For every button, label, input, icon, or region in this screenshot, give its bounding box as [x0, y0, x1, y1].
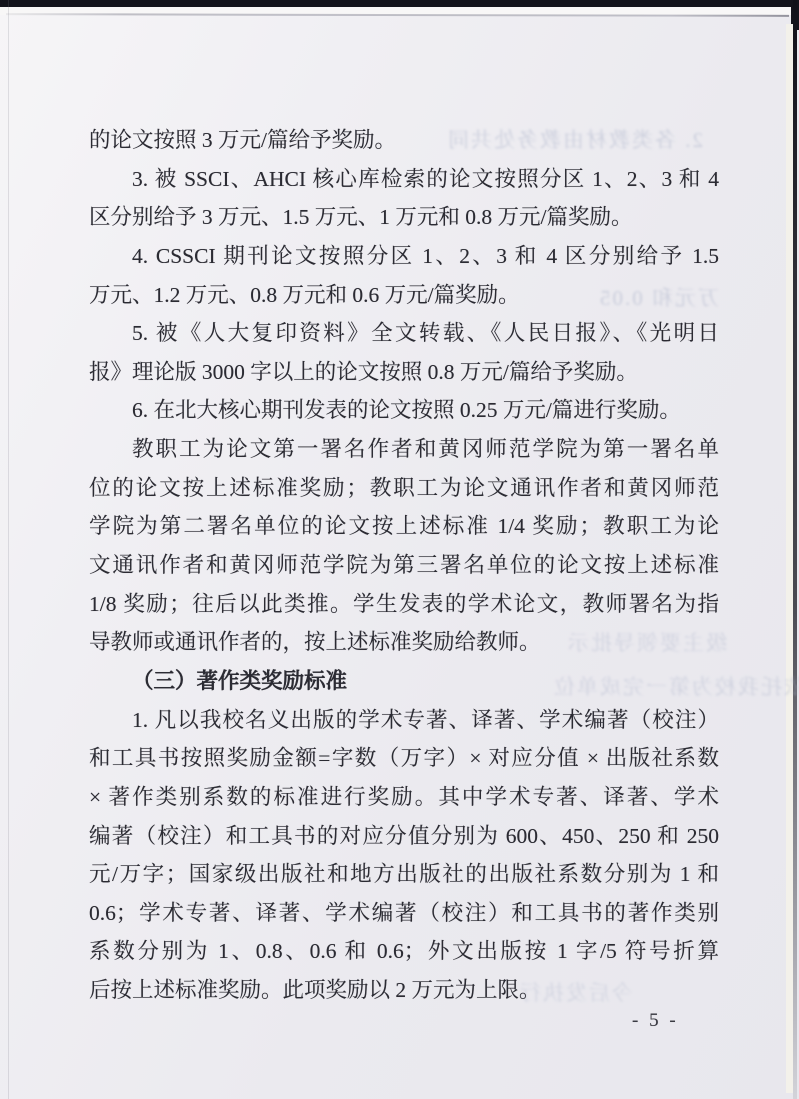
text-line: 万元、1.2 万元、0.8 万元和 0.6 万元/篇奖励。 [89, 276, 719, 315]
text-line: 1. 凡以我校名义出版的学术专著、译著、学术编著（校注） [89, 701, 719, 740]
text-line: 文通讯作者和黄冈师范学院为第三署名单位的论文按上述标准 [89, 546, 719, 585]
text-line: 4. CSSCI 期刊论文按照分区 1、2、3 和 4 区分别给予 1.5 [89, 237, 719, 276]
scan-top-edge [0, 0, 799, 7]
text-line: 导教师或通讯作者的，按上述标准奖励给教师。 [89, 623, 719, 662]
section-heading: （三）著作类奖励标准 [89, 662, 719, 701]
text-line: × 著作类别系数的标准进行奖励。其中学术专著、译著、学术 [89, 778, 719, 817]
paper-right-sliver [786, 24, 793, 1093]
text-line: 和工具书按照奖励金额=字数（万字）× 对应分值 × 出版社系数 [89, 739, 719, 778]
text-line: 0.6；学术专著、译著、学术编著（校注）和工具书的著作类别 [89, 894, 719, 933]
text-line: 系数分别为 1、0.8、0.6 和 0.6；外文出版按 1 字/5 符号折算 [89, 932, 719, 971]
text-line: 6. 在北大核心期刊发表的论文按照 0.25 万元/篇进行奖励。 [89, 391, 719, 430]
text-line: 区分别给予 3 万元、1.5 万元、1 万元和 0.8 万元/篇奖励。 [89, 198, 719, 237]
paper-fold-line [6, 13, 789, 17]
text-line: 编著（校注）和工具书的对应分值分别为 600、450、250 和 250 [89, 817, 719, 856]
text-line: 3. 被 SSCI、AHCI 核心库检索的论文按照分区 1、2、3 和 4 [89, 160, 719, 199]
text-line: 教职工为论文第一署名作者和黄冈师范学院为第一署名单 [89, 430, 719, 469]
document-body: 的论文按照 3 万元/篇给予奖励。3. 被 SSCI、AHCI 核心库检索的论文… [89, 121, 719, 1010]
scanned-page: 2. 各类教材由教务处共同 万元和 0.05 级主要领导批示 依托我校为第一完成… [0, 0, 799, 1099]
text-line: 学院为第二署名单位的论文按上述标准 1/4 奖励；教职工为论 [89, 507, 719, 546]
text-line: 报》理论版 3000 字以上的论文按照 0.8 万元/篇给予奖励。 [89, 353, 719, 392]
text-line: 位的论文按上述标准奖励；教职工为论文通讯作者和黄冈师范 [89, 469, 719, 508]
text-line: 5. 被《人大复印资料》全文转载、《人民日报》、《光明日 [89, 314, 719, 353]
scan-left-edge-line [8, 0, 9, 1099]
text-line: 后按上述标准奖励。此项奖励以 2 万元为上限。 [89, 971, 719, 1010]
text-line: 元/万字；国家级出版社和地方出版社的出版社系数分别为 1 和 [89, 855, 719, 894]
page-number: - 5 - [632, 1010, 702, 1032]
text-line: 1/8 奖励；往后以此类推。学生发表的学术论文，教师署名为指 [89, 585, 719, 624]
text-line: 的论文按照 3 万元/篇给予奖励。 [89, 121, 719, 160]
scan-right-edge [793, 0, 797, 1099]
